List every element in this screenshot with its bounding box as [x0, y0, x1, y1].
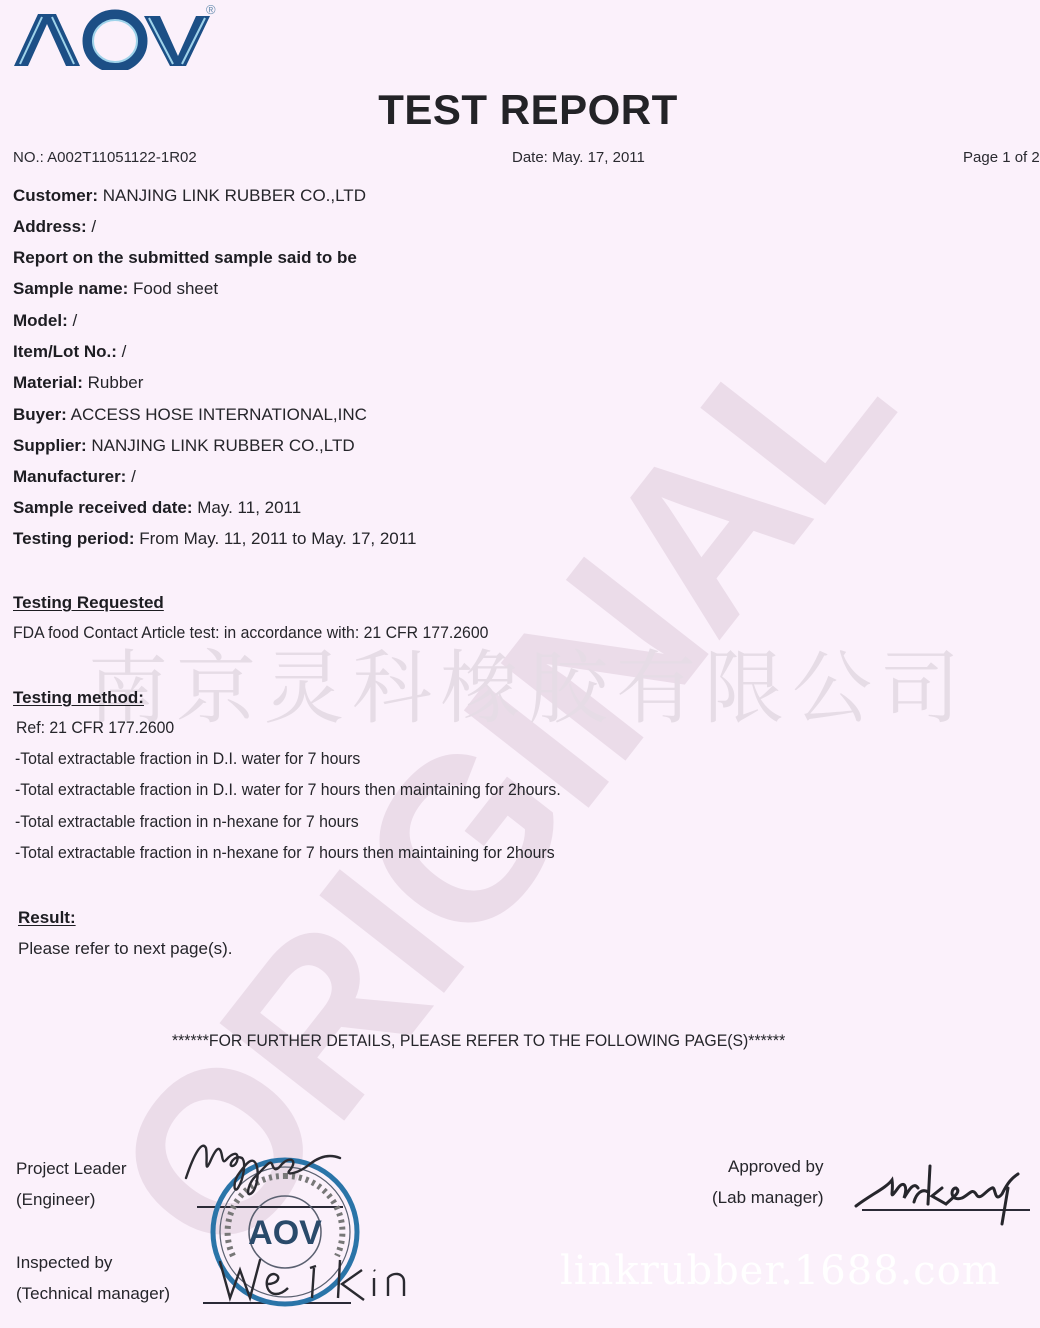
registered-mark: ®: [206, 2, 216, 17]
field-supplier: Supplier: NANJING LINK RUBBER CO.,LTD: [13, 436, 355, 456]
field-item-lot: Item/Lot No.: /: [13, 342, 126, 362]
testing-method-item: -Total extractable fraction in n-hexane …: [15, 843, 555, 863]
result-heading: Result:: [18, 908, 76, 928]
aov-logo: ®: [12, 8, 222, 70]
field-testing-period: Testing period: From May. 11, 2011 to Ma…: [13, 529, 416, 549]
project-leader-label: Project Leader: [16, 1159, 127, 1179]
page-indicator: Page 1 of 2: [963, 149, 1040, 166]
inspected-by-title: (Technical manager): [16, 1284, 170, 1304]
further-details-note: ******FOR FURTHER DETAILS, PLEASE REFER …: [172, 1031, 785, 1051]
engineer-signature: [180, 1134, 360, 1209]
url-watermark: linkrubber.1688.com: [560, 1248, 1001, 1294]
field-address: Address: /: [13, 217, 96, 237]
testing-method-heading: Testing method:: [13, 688, 144, 708]
approved-by-title: (Lab manager): [712, 1188, 824, 1208]
project-leader-title: (Engineer): [16, 1190, 95, 1210]
technical-manager-signature: [212, 1248, 422, 1313]
testing-method-item: -Total extractable fraction in n-hexane …: [15, 812, 359, 832]
field-manufacturer: Manufacturer: /: [13, 467, 136, 487]
inspected-by-label: Inspected by: [16, 1253, 112, 1273]
field-material: Material: Rubber: [13, 373, 143, 393]
testing-method-item: -Total extractable fraction in D.I. wate…: [15, 749, 360, 769]
report-number: NO.: A002T11051122-1R02: [13, 149, 197, 166]
aov-logo-icon: [12, 8, 222, 70]
signature-mickey-icon: [852, 1158, 1032, 1228]
lab-manager-signature: [852, 1158, 1032, 1233]
testing-requested-heading: Testing Requested: [13, 593, 164, 613]
testing-method-ref: Ref: 21 CFR 177.2600: [16, 718, 174, 738]
testing-requested-text: FDA food Contact Article test: in accord…: [13, 623, 488, 643]
field-report-on: Report on the submitted sample said to b…: [13, 248, 357, 268]
svg-text:AOV: AOV: [248, 1214, 322, 1252]
approved-by-label: Approved by: [728, 1157, 823, 1177]
testing-method-item: -Total extractable fraction in D.I. wate…: [15, 780, 561, 800]
result-text: Please refer to next page(s).: [18, 939, 233, 959]
field-customer: Customer: NANJING LINK RUBBER CO.,LTD: [13, 186, 366, 206]
signature-wei-kin-icon: [212, 1248, 422, 1308]
field-model: Model: /: [13, 311, 77, 331]
field-sample-received-date: Sample received date: May. 11, 2011: [13, 498, 301, 518]
report-title: TEST REPORT: [0, 86, 1040, 134]
report-date: Date: May. 17, 2011: [512, 149, 645, 166]
field-sample-name: Sample name: Food sheet: [13, 279, 218, 299]
signature-maggie-icon: [180, 1134, 360, 1204]
field-buyer: Buyer: ACCESS HOSE INTERNATIONAL,INC: [13, 405, 367, 425]
